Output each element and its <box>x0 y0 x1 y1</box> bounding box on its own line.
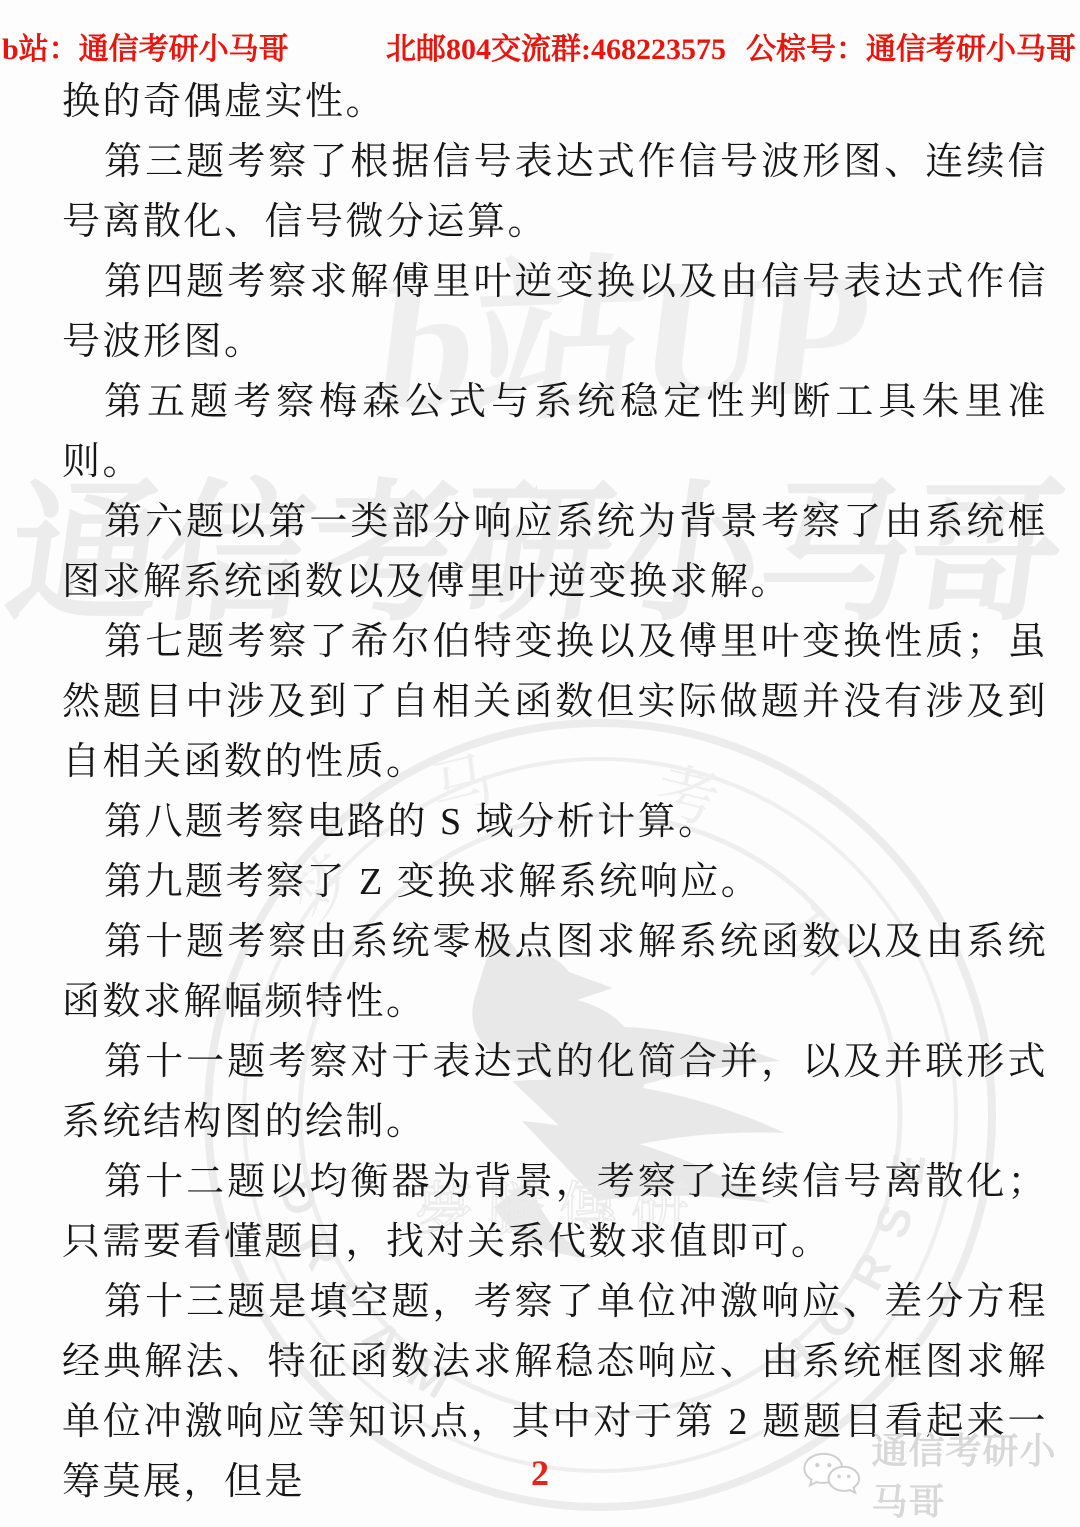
body-paragraph: 第六题以第一类部分响应系统为背景考察了由系统框图求解系统函数以及傅里叶逆变换求解… <box>62 492 1048 612</box>
page-header: b站：通信考研小马哥 北邮804交流群:468223575 公棕号：通信考研小马… <box>0 28 1080 72</box>
body-paragraph: 第七题考察了希尔伯特变换以及傅里叶变换性质；虽然题目中涉及到了自相关函数但实际做… <box>62 612 1048 792</box>
header-wechat-label: 公棕号：通信考研小马哥 <box>746 28 1076 72</box>
body-paragraph: 第十题考察由系统零极点图求解系统函数以及由系统函数求解幅频特性。 <box>62 912 1048 1032</box>
body-paragraph: 换的奇偶虚实性。 <box>62 72 1048 132</box>
body-paragraph: 第三题考察了根据信号表达式作信号波形图、连续信号离散化、信号微分运算。 <box>62 132 1048 252</box>
body-paragraph: 第十二题以均衡器为背景，考察了连续信号离散化；只需要看懂题目，找对关系代数求值即… <box>62 1152 1048 1272</box>
document-page: b站：通信考研小马哥 北邮804交流群:468223575 公棕号：通信考研小马… <box>0 0 1080 1527</box>
body-paragraph: 第四题考察求解傅里叶逆变换以及由信号表达式作信号波形图。 <box>62 252 1048 372</box>
footer-brand-text: 通信考研小马哥 <box>872 1423 1080 1525</box>
document-body: 换的奇偶虚实性。第三题考察了根据信号表达式作信号波形图、连续信号离散化、信号微分… <box>62 72 1048 1512</box>
body-paragraph: 第九题考察了 Z 变换求解系统响应。 <box>62 852 1048 912</box>
header-group-label: 北邮804交流群:468223575 <box>386 28 726 72</box>
wechat-icon <box>802 1445 862 1503</box>
header-bilibili-label: b站：通信考研小马哥 <box>2 28 289 72</box>
body-paragraph: 第十一题考察对于表达式的化简合并，以及并联形式系统结构图的绘制。 <box>62 1032 1048 1152</box>
body-paragraph: 第五题考察梅森公式与系统稳定性判断工具朱里准则。 <box>62 372 1048 492</box>
body-paragraph: 第八题考察电路的 S 域分析计算。 <box>62 792 1048 852</box>
footer-brand: 通信考研小马哥 <box>802 1444 1080 1504</box>
